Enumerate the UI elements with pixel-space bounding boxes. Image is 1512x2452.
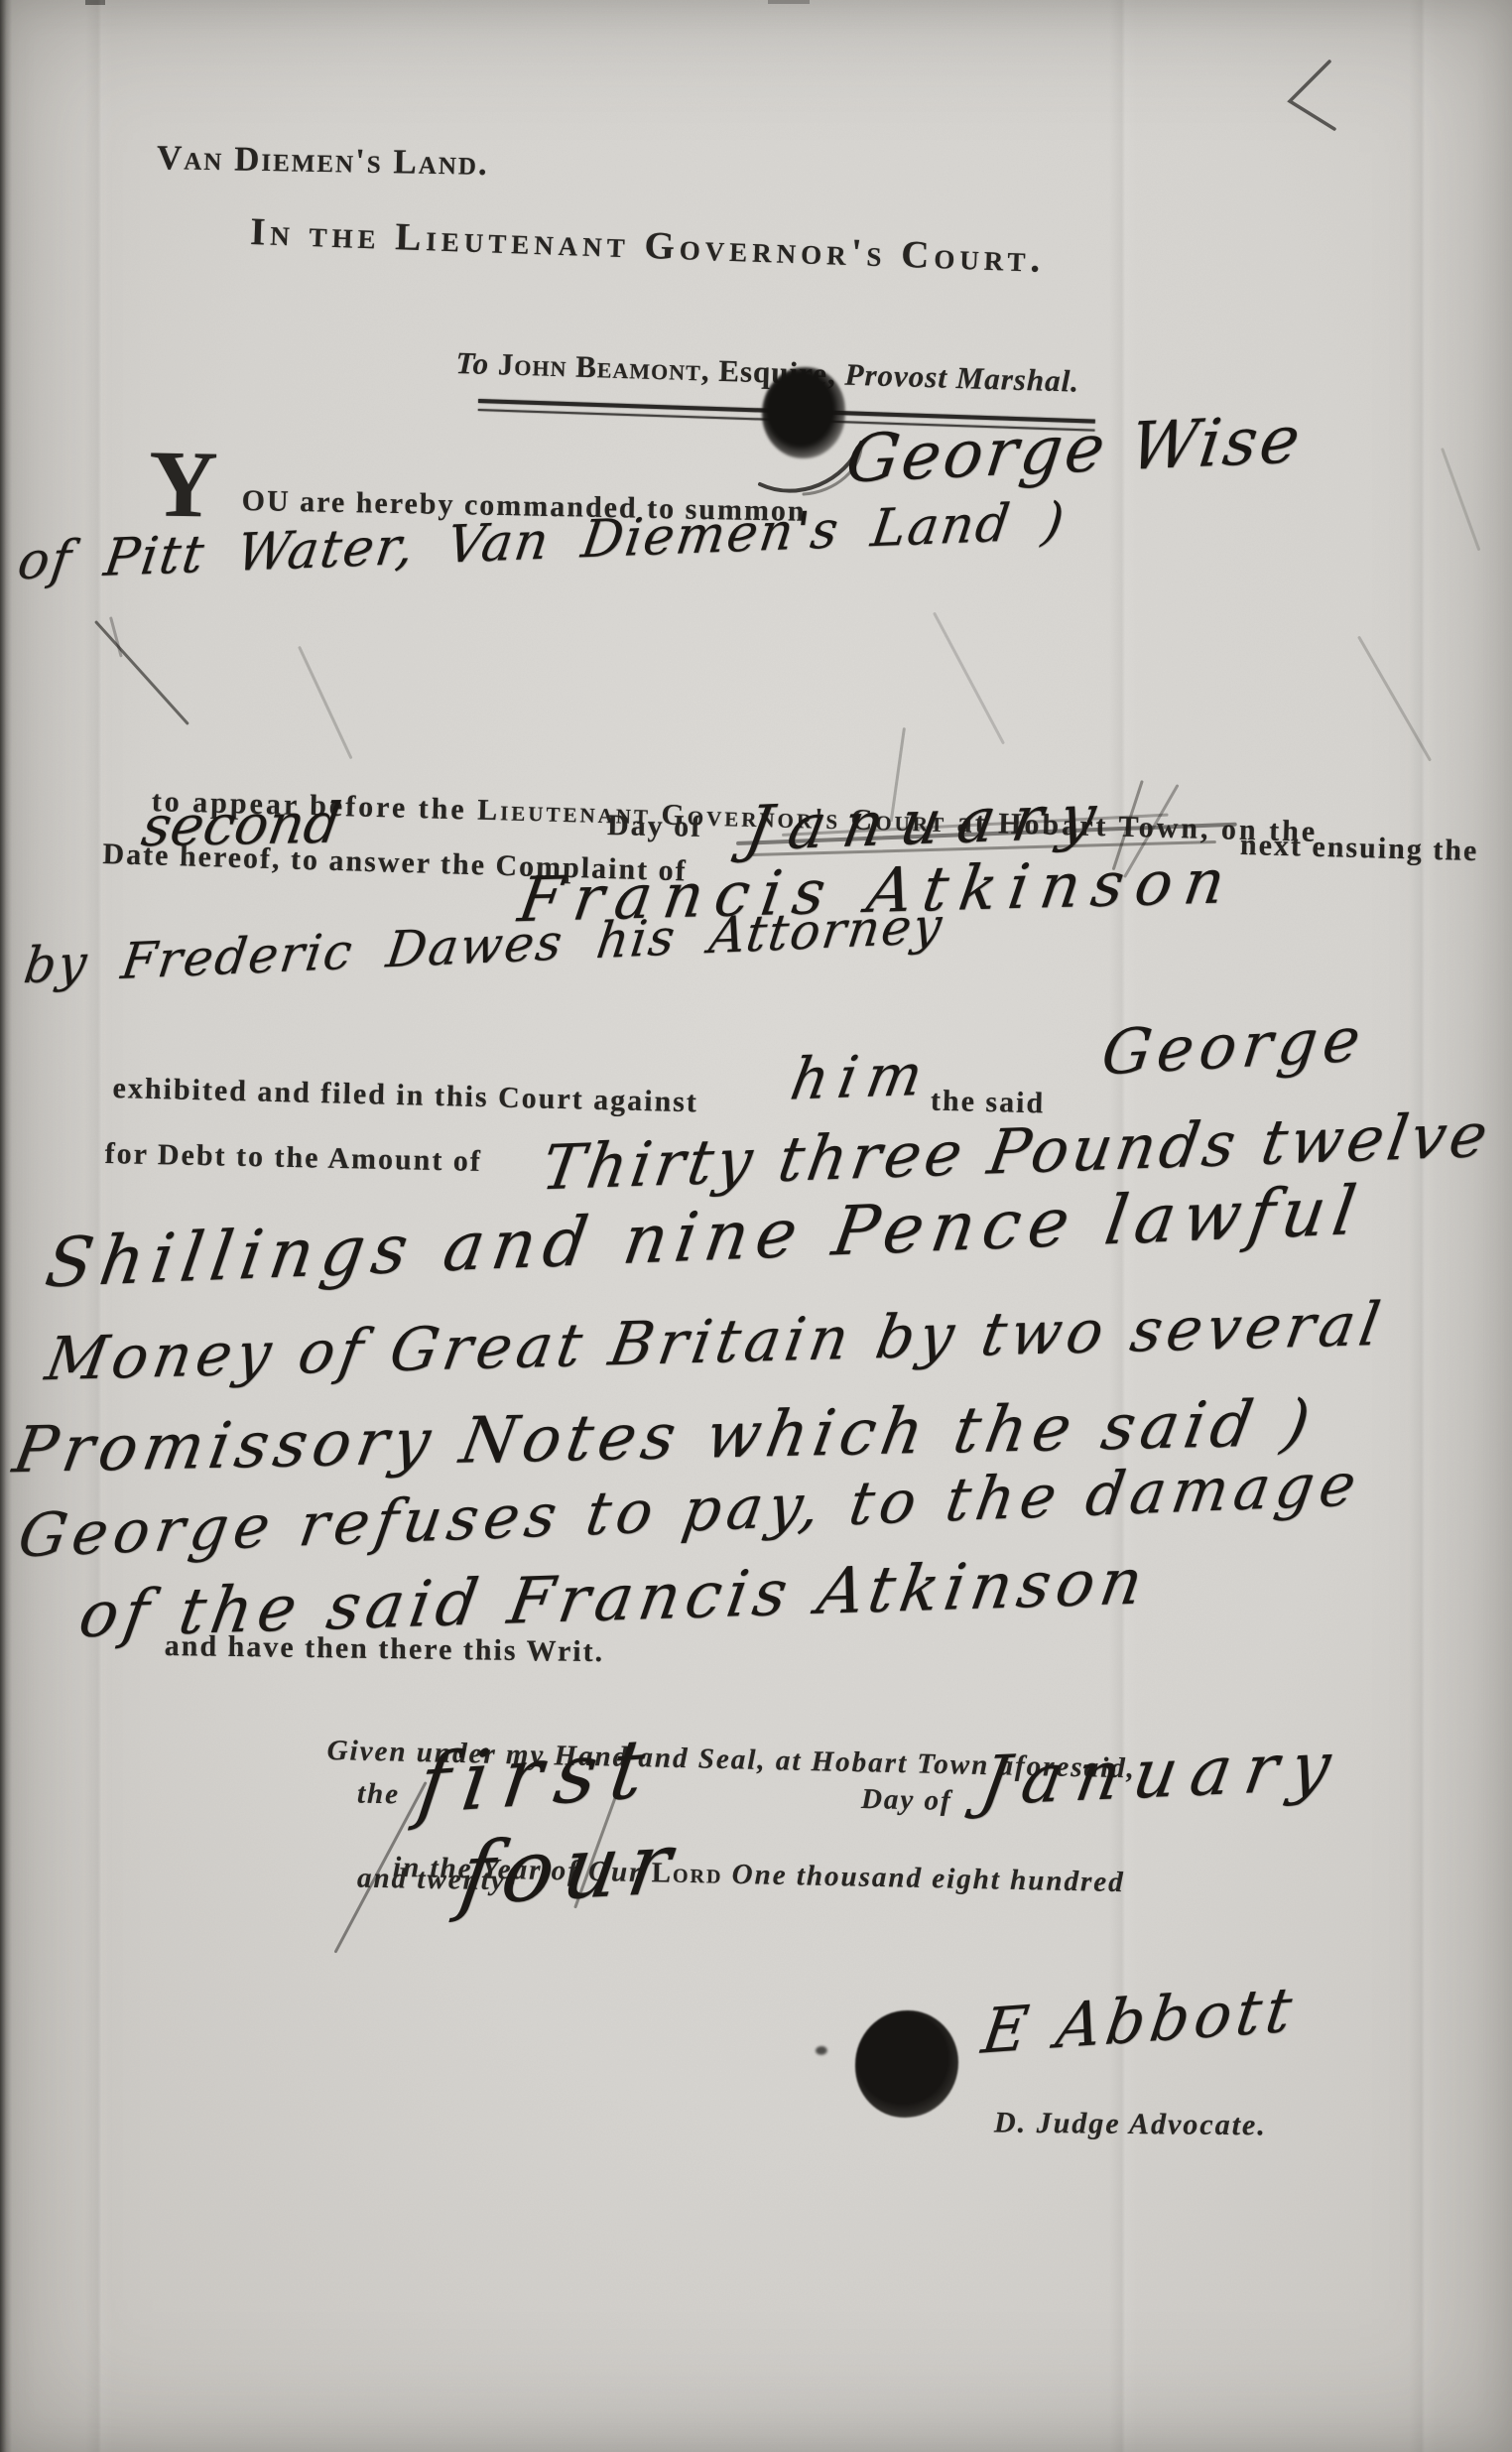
him-handwritten: him xyxy=(787,1045,937,1107)
scan-edge-nick xyxy=(768,0,810,4)
ink-blot xyxy=(762,367,845,458)
stray-ink-stroke xyxy=(298,646,353,760)
stray-ink-stroke xyxy=(1441,448,1480,551)
seal-day-handwritten: first xyxy=(413,1728,663,1827)
addressee-title: Provost Marshal. xyxy=(844,357,1079,399)
ink-speck xyxy=(816,2046,827,2055)
scan-edge-left xyxy=(0,0,12,2452)
stray-ink-stroke xyxy=(94,620,189,725)
seal-day-of-label: Day of xyxy=(861,1785,952,1816)
wax-seal xyxy=(855,2010,958,2118)
attorney-line-handwritten: by Frederic Dawes his Attorney xyxy=(21,901,946,991)
summon-dropcap: Y xyxy=(148,436,218,532)
addressee-name: John Beamont xyxy=(497,346,701,387)
stray-ink-stroke xyxy=(1357,636,1432,762)
next-ensuing-label: next ensuing the xyxy=(1240,831,1479,866)
exhibited-line: exhibited and filed in this Court agains… xyxy=(112,1074,698,1117)
writ-document-page: Van Diemen's Land. In the Lieutenant Gov… xyxy=(0,0,1512,2452)
day-of-label: Day of xyxy=(607,811,703,842)
year-post: One thousand eight hundred xyxy=(722,1859,1125,1898)
debt-amount-line: for Debt to the Amount of xyxy=(104,1139,482,1177)
paper-crease xyxy=(1409,0,1437,2452)
writ-closing-line: and have then there this Writ. xyxy=(165,1631,605,1667)
region-title: Van Diemen's Land. xyxy=(157,140,489,181)
amount-handwritten-line: Money of Great Britain by two several xyxy=(42,1295,1389,1390)
said-defendant-handwritten: George xyxy=(1098,1008,1369,1084)
defendant-name-handwritten: George Wise xyxy=(842,407,1306,492)
addressee-to: To xyxy=(455,345,498,381)
seal-month-handwritten: January xyxy=(976,1733,1349,1816)
stray-ink-stroke xyxy=(933,612,1005,745)
pencil-check-mark xyxy=(1283,56,1342,135)
the-label: the xyxy=(357,1780,401,1810)
judge-signature-handwritten: E Abbott xyxy=(978,1979,1300,2063)
year-suffix-handwritten: four xyxy=(454,1820,687,1917)
court-title: In the Lieutenant Governor's Court. xyxy=(250,212,1046,279)
scan-edge-nick xyxy=(85,0,105,5)
judge-title: D. Judge Advocate. xyxy=(994,2109,1267,2141)
